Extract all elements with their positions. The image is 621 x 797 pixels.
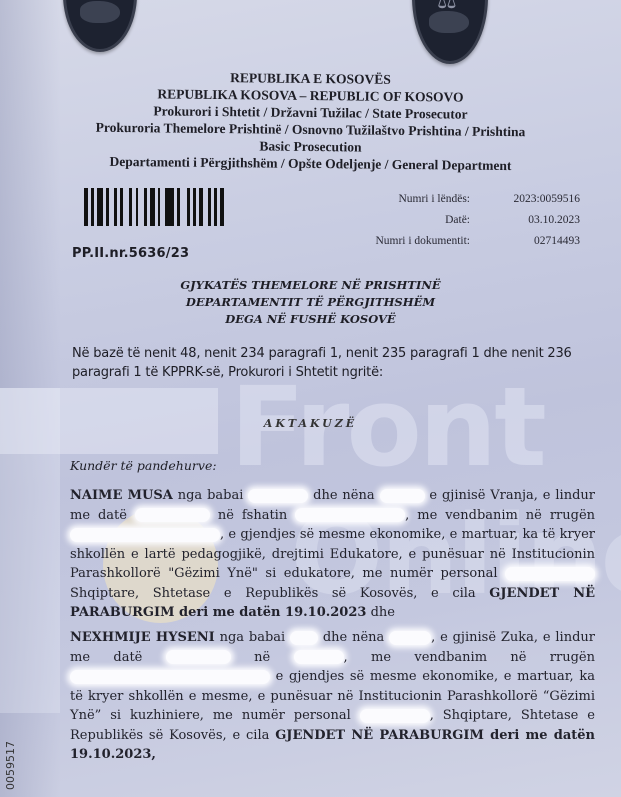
- redaction: [290, 631, 318, 645]
- meta-document-number: Numri i dokumentit:02714493: [340, 230, 580, 251]
- court-line-2: DEPARTAMENTIT TË PËRGJITHSHËM: [0, 294, 621, 311]
- court-line-3: DEGA NË FUSHË KOSOVË: [0, 311, 621, 328]
- case-metadata: Numri i lëndës:2023:0059516 Datë:03.10.2…: [340, 188, 580, 251]
- defendant-name: NAIME MUSA: [70, 488, 173, 503]
- redaction: [70, 528, 220, 542]
- redaction: [70, 670, 270, 684]
- court-addressee: GJYKATËS THEMELORE NË PRISHTINË DEPARTAM…: [0, 277, 621, 328]
- meta-case-number: Numri i lëndës:2023:0059516: [340, 188, 580, 209]
- redaction: [389, 631, 431, 645]
- kosovo-emblem-icon: [63, 0, 137, 52]
- defendants-intro: Kundër të pandehurve:: [70, 458, 217, 473]
- court-line-1: GJYKATËS THEMELORE NË PRISHTINË: [0, 277, 621, 294]
- redaction: [294, 650, 344, 664]
- redaction: [505, 567, 595, 581]
- reference-number: PP.II.nr.5636/23: [72, 246, 189, 261]
- redaction: [360, 709, 430, 723]
- defendant-2: NEXHMIJE HYSENI nga babai dhe nëna , e g…: [70, 628, 595, 765]
- barcode: [84, 188, 250, 226]
- justice-scale-emblem-icon: ⚖: [412, 0, 488, 64]
- redaction: [380, 489, 425, 503]
- defendant-name: NEXHMIJE HYSENI: [70, 630, 215, 645]
- document-title: AKTAKUZË: [0, 417, 621, 430]
- defendant-1: NAIME MUSA nga babai dhe nëna e gjinisë …: [70, 486, 595, 623]
- redaction: [248, 489, 308, 503]
- redaction: [295, 508, 405, 522]
- redaction: [135, 508, 210, 522]
- letterhead: REPUBLIKA E KOSOVËS REPUBLIKA KOSOVA – R…: [0, 70, 621, 172]
- side-case-number: 0059517: [4, 741, 17, 790]
- watermark-logo-stem: [0, 388, 60, 713]
- redaction: [166, 650, 231, 664]
- meta-date: Datë:03.10.2023: [340, 209, 580, 230]
